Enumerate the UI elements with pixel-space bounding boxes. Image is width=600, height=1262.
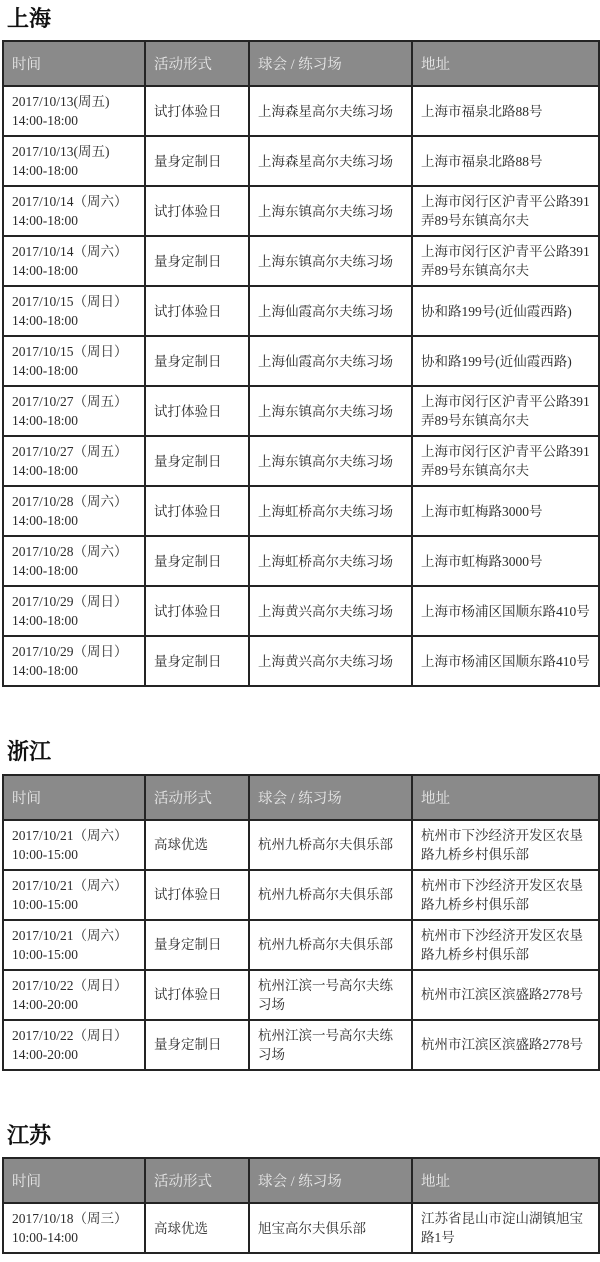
table-cell: 上海虹桥高尔夫练习场 xyxy=(249,536,412,586)
table-row: 2017/10/27（周五） 14:00-18:00量身定制日上海东镇高尔夫练习… xyxy=(3,436,599,486)
table-cell: 上海市闵行区沪青平公路391弄89号东镇高尔夫 xyxy=(412,236,599,286)
table-cell: 高球优选 xyxy=(145,820,249,870)
table-row: 2017/10/29（周日） 14:00-18:00试打体验日上海黄兴高尔夫练习… xyxy=(3,586,599,636)
table-row: 2017/10/21（周六） 10:00-15:00高球优选杭州九桥高尔夫俱乐部… xyxy=(3,820,599,870)
table-cell: 杭州市江滨区滨盛路2778号 xyxy=(412,970,599,1020)
table-cell: 江苏省昆山市淀山湖镇旭宝路1号 xyxy=(412,1203,599,1253)
region-section-shanghai: 上海 时间 活动形式 球会 / 练习场 地址 2017/10/13(周五) 14… xyxy=(2,6,598,687)
table-body: 2017/10/13(周五) 14:00-18:00试打体验日上海森星高尔夫练习… xyxy=(3,86,599,686)
table-cell: 上海市闵行区沪青平公路391弄89号东镇高尔夫 xyxy=(412,186,599,236)
table-cell: 量身定制日 xyxy=(145,336,249,386)
table-header: 时间 活动形式 球会 / 练习场 地址 xyxy=(3,41,599,86)
table-cell: 2017/10/28（周六） 14:00-18:00 xyxy=(3,536,145,586)
column-header-address: 地址 xyxy=(412,1158,599,1203)
region-title: 浙江 xyxy=(7,739,598,765)
table-cell: 量身定制日 xyxy=(145,1020,249,1070)
table-cell: 2017/10/13(周五) 14:00-18:00 xyxy=(3,86,145,136)
table-cell: 上海市虹梅路3000号 xyxy=(412,536,599,586)
table-header: 时间 活动形式 球会 / 练习场 地址 xyxy=(3,775,599,820)
table-cell: 上海虹桥高尔夫练习场 xyxy=(249,486,412,536)
table-cell: 2017/10/15（周日） 14:00-18:00 xyxy=(3,286,145,336)
table-body: 2017/10/18（周三） 10:00-14:00高球优选旭宝高尔夫俱乐部江苏… xyxy=(3,1203,599,1253)
table-row: 2017/10/22（周日） 14:00-20:00量身定制日杭州江滨一号高尔夫… xyxy=(3,1020,599,1070)
column-header-time: 时间 xyxy=(3,775,145,820)
table-row: 2017/10/14（周六） 14:00-18:00量身定制日上海东镇高尔夫练习… xyxy=(3,236,599,286)
table-cell: 2017/10/21（周六） 10:00-15:00 xyxy=(3,870,145,920)
table-cell: 2017/10/15（周日） 14:00-18:00 xyxy=(3,336,145,386)
region-title: 江苏 xyxy=(7,1123,598,1149)
table-cell: 协和路199号(近仙霞西路) xyxy=(412,286,599,336)
schedule-table: 时间 活动形式 球会 / 练习场 地址 2017/10/13(周五) 14:00… xyxy=(2,40,600,687)
table-cell: 量身定制日 xyxy=(145,236,249,286)
table-row: 2017/10/29（周日） 14:00-18:00量身定制日上海黄兴高尔夫练习… xyxy=(3,636,599,686)
table-cell: 上海市杨浦区国顺东路410号 xyxy=(412,586,599,636)
table-cell: 2017/10/14（周六） 14:00-18:00 xyxy=(3,186,145,236)
column-header-activity: 活动形式 xyxy=(145,775,249,820)
table-cell: 杭州市下沙经济开发区农垦路九桥乡村俱乐部 xyxy=(412,920,599,970)
table-cell: 协和路199号(近仙霞西路) xyxy=(412,336,599,386)
table-cell: 上海市福泉北路88号 xyxy=(412,86,599,136)
table-cell: 2017/10/22（周日） 14:00-20:00 xyxy=(3,1020,145,1070)
table-cell: 上海东镇高尔夫练习场 xyxy=(249,436,412,486)
table-cell: 上海仙霞高尔夫练习场 xyxy=(249,336,412,386)
table-cell: 试打体验日 xyxy=(145,186,249,236)
table-cell: 杭州江滨一号高尔夫练习场 xyxy=(249,1020,412,1070)
table-row: 2017/10/21（周六） 10:00-15:00量身定制日杭州九桥高尔夫俱乐… xyxy=(3,920,599,970)
table-cell: 量身定制日 xyxy=(145,920,249,970)
table-cell: 杭州九桥高尔夫俱乐部 xyxy=(249,870,412,920)
column-header-venue: 球会 / 练习场 xyxy=(249,775,412,820)
column-header-activity: 活动形式 xyxy=(145,1158,249,1203)
table-cell: 上海森星高尔夫练习场 xyxy=(249,136,412,186)
table-row: 2017/10/22（周日） 14:00-20:00试打体验日杭州江滨一号高尔夫… xyxy=(3,970,599,1020)
table-row: 2017/10/27（周五） 14:00-18:00试打体验日上海东镇高尔夫练习… xyxy=(3,386,599,436)
table-cell: 试打体验日 xyxy=(145,870,249,920)
region-section-zhejiang: 浙江 时间 活动形式 球会 / 练习场 地址 2017/10/21（周六） 10… xyxy=(2,739,598,1070)
table-cell: 上海森星高尔夫练习场 xyxy=(249,86,412,136)
table-cell: 试打体验日 xyxy=(145,486,249,536)
table-cell: 试打体验日 xyxy=(145,586,249,636)
table-cell: 上海市福泉北路88号 xyxy=(412,136,599,186)
table-cell: 量身定制日 xyxy=(145,536,249,586)
table-cell: 2017/10/27（周五） 14:00-18:00 xyxy=(3,386,145,436)
schedule-table: 时间 活动形式 球会 / 练习场 地址 2017/10/21（周六） 10:00… xyxy=(2,774,600,1071)
table-row: 2017/10/28（周六） 14:00-18:00量身定制日上海虹桥高尔夫练习… xyxy=(3,536,599,586)
table-cell: 杭州江滨一号高尔夫练习场 xyxy=(249,970,412,1020)
table-header: 时间 活动形式 球会 / 练习场 地址 xyxy=(3,1158,599,1203)
region-title: 上海 xyxy=(7,6,598,32)
table-cell: 2017/10/27（周五） 14:00-18:00 xyxy=(3,436,145,486)
table-row: 2017/10/28（周六） 14:00-18:00试打体验日上海虹桥高尔夫练习… xyxy=(3,486,599,536)
table-cell: 2017/10/29（周日） 14:00-18:00 xyxy=(3,636,145,686)
column-header-time: 时间 xyxy=(3,1158,145,1203)
table-cell: 2017/10/13(周五) 14:00-18:00 xyxy=(3,136,145,186)
table-cell: 量身定制日 xyxy=(145,636,249,686)
region-section-jiangsu: 江苏 时间 活动形式 球会 / 练习场 地址 2017/10/18（周三） 10… xyxy=(2,1123,598,1254)
column-header-activity: 活动形式 xyxy=(145,41,249,86)
column-header-time: 时间 xyxy=(3,41,145,86)
column-header-address: 地址 xyxy=(412,41,599,86)
table-cell: 上海市闵行区沪青平公路391弄89号东镇高尔夫 xyxy=(412,386,599,436)
table-row: 2017/10/18（周三） 10:00-14:00高球优选旭宝高尔夫俱乐部江苏… xyxy=(3,1203,599,1253)
column-header-venue: 球会 / 练习场 xyxy=(249,1158,412,1203)
table-cell: 2017/10/21（周六） 10:00-15:00 xyxy=(3,920,145,970)
table-cell: 上海市杨浦区国顺东路410号 xyxy=(412,636,599,686)
table-cell: 上海黄兴高尔夫练习场 xyxy=(249,586,412,636)
header-row: 时间 活动形式 球会 / 练习场 地址 xyxy=(3,41,599,86)
table-row: 2017/10/13(周五) 14:00-18:00量身定制日上海森星高尔夫练习… xyxy=(3,136,599,186)
table-cell: 2017/10/28（周六） 14:00-18:00 xyxy=(3,486,145,536)
table-row: 2017/10/15（周日） 14:00-18:00量身定制日上海仙霞高尔夫练习… xyxy=(3,336,599,386)
table-cell: 2017/10/29（周日） 14:00-18:00 xyxy=(3,586,145,636)
table-cell: 上海市虹梅路3000号 xyxy=(412,486,599,536)
header-row: 时间 活动形式 球会 / 练习场 地址 xyxy=(3,775,599,820)
table-cell: 试打体验日 xyxy=(145,286,249,336)
table-cell: 2017/10/14（周六） 14:00-18:00 xyxy=(3,236,145,286)
table-cell: 2017/10/22（周日） 14:00-20:00 xyxy=(3,970,145,1020)
table-cell: 杭州市江滨区滨盛路2778号 xyxy=(412,1020,599,1070)
table-cell: 杭州九桥高尔夫俱乐部 xyxy=(249,920,412,970)
table-cell: 上海仙霞高尔夫练习场 xyxy=(249,286,412,336)
table-cell: 杭州市下沙经济开发区农垦路九桥乡村俱乐部 xyxy=(412,820,599,870)
table-cell: 上海市闵行区沪青平公路391弄89号东镇高尔夫 xyxy=(412,436,599,486)
table-row: 2017/10/13(周五) 14:00-18:00试打体验日上海森星高尔夫练习… xyxy=(3,86,599,136)
table-cell: 杭州九桥高尔夫俱乐部 xyxy=(249,820,412,870)
table-cell: 高球优选 xyxy=(145,1203,249,1253)
table-row: 2017/10/15（周日） 14:00-18:00试打体验日上海仙霞高尔夫练习… xyxy=(3,286,599,336)
table-cell: 杭州市下沙经济开发区农垦路九桥乡村俱乐部 xyxy=(412,870,599,920)
table-cell: 旭宝高尔夫俱乐部 xyxy=(249,1203,412,1253)
column-header-venue: 球会 / 练习场 xyxy=(249,41,412,86)
table-row: 2017/10/21（周六） 10:00-15:00试打体验日杭州九桥高尔夫俱乐… xyxy=(3,870,599,920)
table-cell: 试打体验日 xyxy=(145,970,249,1020)
table-cell: 上海东镇高尔夫练习场 xyxy=(249,186,412,236)
schedule-table: 时间 活动形式 球会 / 练习场 地址 2017/10/18（周三） 10:00… xyxy=(2,1157,600,1254)
table-cell: 2017/10/21（周六） 10:00-15:00 xyxy=(3,820,145,870)
table-cell: 上海东镇高尔夫练习场 xyxy=(249,386,412,436)
header-row: 时间 活动形式 球会 / 练习场 地址 xyxy=(3,1158,599,1203)
table-row: 2017/10/14（周六） 14:00-18:00试打体验日上海东镇高尔夫练习… xyxy=(3,186,599,236)
table-body: 2017/10/21（周六） 10:00-15:00高球优选杭州九桥高尔夫俱乐部… xyxy=(3,820,599,1070)
table-cell: 试打体验日 xyxy=(145,386,249,436)
table-cell: 试打体验日 xyxy=(145,86,249,136)
table-cell: 上海黄兴高尔夫练习场 xyxy=(249,636,412,686)
column-header-address: 地址 xyxy=(412,775,599,820)
page: 上海 时间 活动形式 球会 / 练习场 地址 2017/10/13(周五) 14… xyxy=(0,0,600,1262)
table-cell: 2017/10/18（周三） 10:00-14:00 xyxy=(3,1203,145,1253)
table-cell: 上海东镇高尔夫练习场 xyxy=(249,236,412,286)
table-cell: 量身定制日 xyxy=(145,436,249,486)
table-cell: 量身定制日 xyxy=(145,136,249,186)
